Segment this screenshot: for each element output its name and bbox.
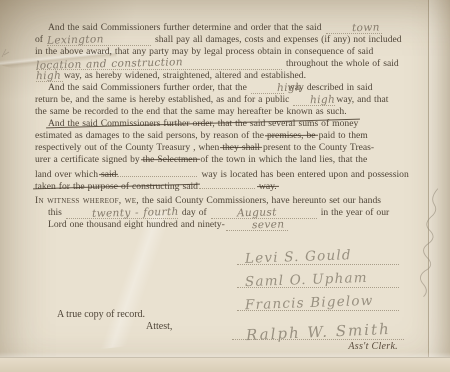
handwritten-fill: August xyxy=(224,208,277,218)
fill-in-blank: high xyxy=(251,83,284,94)
document-page: And the said Commissioners further deter… xyxy=(0,0,450,372)
print-text: this xyxy=(48,207,62,218)
print-text: in the above award, that any party may b… xyxy=(35,46,373,57)
paragraph-3-line-4: urer a certificate signed by the Selectm… xyxy=(35,154,431,166)
empty-blank xyxy=(117,166,197,177)
paragraph-1-line-4: location and construction throughout the… xyxy=(35,58,431,70)
vertical-handwriting-note xyxy=(416,184,442,304)
paragraph-1-line-2: of Lexington shall pay all damages, cost… xyxy=(35,34,431,46)
clerk-signature-block: Ralph W. Smith Ass't Clerk. xyxy=(232,316,404,352)
paragraph-2-line-2: return be, and the same is hereby establ… xyxy=(35,94,431,106)
fill-in-blank: town xyxy=(326,23,382,34)
print-text: way, as hereby widened, straightened, al… xyxy=(64,70,306,81)
fill-in-blank: location and construction xyxy=(36,59,282,70)
handwritten-fill: high xyxy=(264,84,302,94)
paragraph-2-line-1: And the said Commissioners further order… xyxy=(35,82,431,94)
signature-line: Francis Bigelow xyxy=(237,288,399,311)
fill-in-blank: high xyxy=(293,95,335,106)
struck-text: they shall xyxy=(222,142,260,153)
struck-text: premises, be xyxy=(267,130,316,141)
signature-line: Saml O. Upham xyxy=(237,265,399,288)
document-body: And the said Commissioners further deter… xyxy=(35,22,431,231)
print-text: throughout the whole of said xyxy=(286,58,399,69)
print-text: Lord one thousand eight hundred and nine… xyxy=(48,219,225,230)
signature-levi-s-gould: Levi S. Gould xyxy=(245,247,352,267)
print-text-smallcaps: In witness whereof, we, xyxy=(35,195,139,206)
handwritten-fill: high xyxy=(36,72,61,82)
fill-in-blank: Lexington xyxy=(47,35,151,46)
pencil-tick-mark xyxy=(1,46,11,60)
paragraph-2-line-3: the same be recorded to the end that the… xyxy=(35,106,431,118)
handwritten-fill: Lexington xyxy=(47,35,104,45)
print-text: respectively out of the County Treasury … xyxy=(35,142,219,153)
print-text: paid to them xyxy=(319,130,368,141)
witness-line-1: In witness whereof, we, the said County … xyxy=(35,195,431,207)
print-text: in the year of our xyxy=(321,207,389,218)
print-text: of the town in which the land lies, that… xyxy=(200,154,367,165)
paper-fold-bottom xyxy=(0,357,450,372)
print-text: way, and that xyxy=(336,94,388,105)
true-copy-label: A true copy of record. xyxy=(57,309,145,320)
struck-text: said xyxy=(101,169,116,180)
fill-in-blank: twenty - fourth xyxy=(66,208,178,219)
attest-label: Attest, xyxy=(146,321,172,332)
fill-in-blank: seven xyxy=(226,220,288,231)
paragraph-1-line-5: highway, as hereby widened, straightened… xyxy=(35,70,431,82)
signature-line: Ralph W. Smith xyxy=(232,316,404,340)
signature-line: Levi S. Gould xyxy=(237,242,399,265)
handwritten-fill: seven xyxy=(239,220,285,230)
paragraph-1-line-3: in the above award, that any party may b… xyxy=(35,46,431,58)
print-text: shall pay all damages, costs and expense… xyxy=(155,34,402,45)
struck-text: way. xyxy=(259,181,277,192)
print-text: urer a certificate signed by xyxy=(35,154,140,165)
handwritten-fill: town xyxy=(338,24,379,34)
print-text: the said County Commissioners, have here… xyxy=(142,195,381,206)
print-text: day of xyxy=(182,207,207,218)
witness-line-2: this twenty - fourth day of August in th… xyxy=(35,207,431,219)
paragraph-3-line-5: land over which said way is located has … xyxy=(35,166,431,178)
handwritten-fill: twenty - fourth xyxy=(79,208,179,219)
print-text: of xyxy=(35,34,43,45)
print-text: present to the County Treas- xyxy=(263,142,374,153)
handwritten-fill: high xyxy=(310,96,335,106)
struck-text: taken for the purpose of constructing sa… xyxy=(35,181,198,192)
struck-text: the Selectmen xyxy=(143,154,198,165)
witness-line-3: Lord one thousand eight hundred and nine… xyxy=(35,219,431,231)
print-text: the same be recorded to the end that the… xyxy=(35,106,347,117)
paragraph-3-line-3: respectively out of the County Treasury … xyxy=(35,142,431,154)
print-text: estimated as damages to the said persons… xyxy=(35,130,264,141)
fill-in-blank: high xyxy=(36,71,63,82)
print-text: And the said Commissioners further deter… xyxy=(48,22,322,33)
signature-block: Levi S. Gould Saml O. Upham Francis Bige… xyxy=(237,242,399,311)
empty-blank xyxy=(199,178,255,189)
fill-in-blank: August xyxy=(211,208,317,219)
signature-francis-bigelow: Francis Bigelow xyxy=(245,293,374,313)
paragraph-3-line-2: estimated as damages to the said persons… xyxy=(35,130,431,142)
struck-text: And the said Commissioners further order… xyxy=(48,118,358,129)
paragraph-1-line-1: And the said Commissioners further deter… xyxy=(35,22,431,34)
paragraph-3-line-1: And the said Commissioners further order… xyxy=(35,118,431,130)
print-text: And the said Commissioners further order… xyxy=(48,82,247,93)
print-text: return be, and the same is hereby establ… xyxy=(35,94,289,105)
